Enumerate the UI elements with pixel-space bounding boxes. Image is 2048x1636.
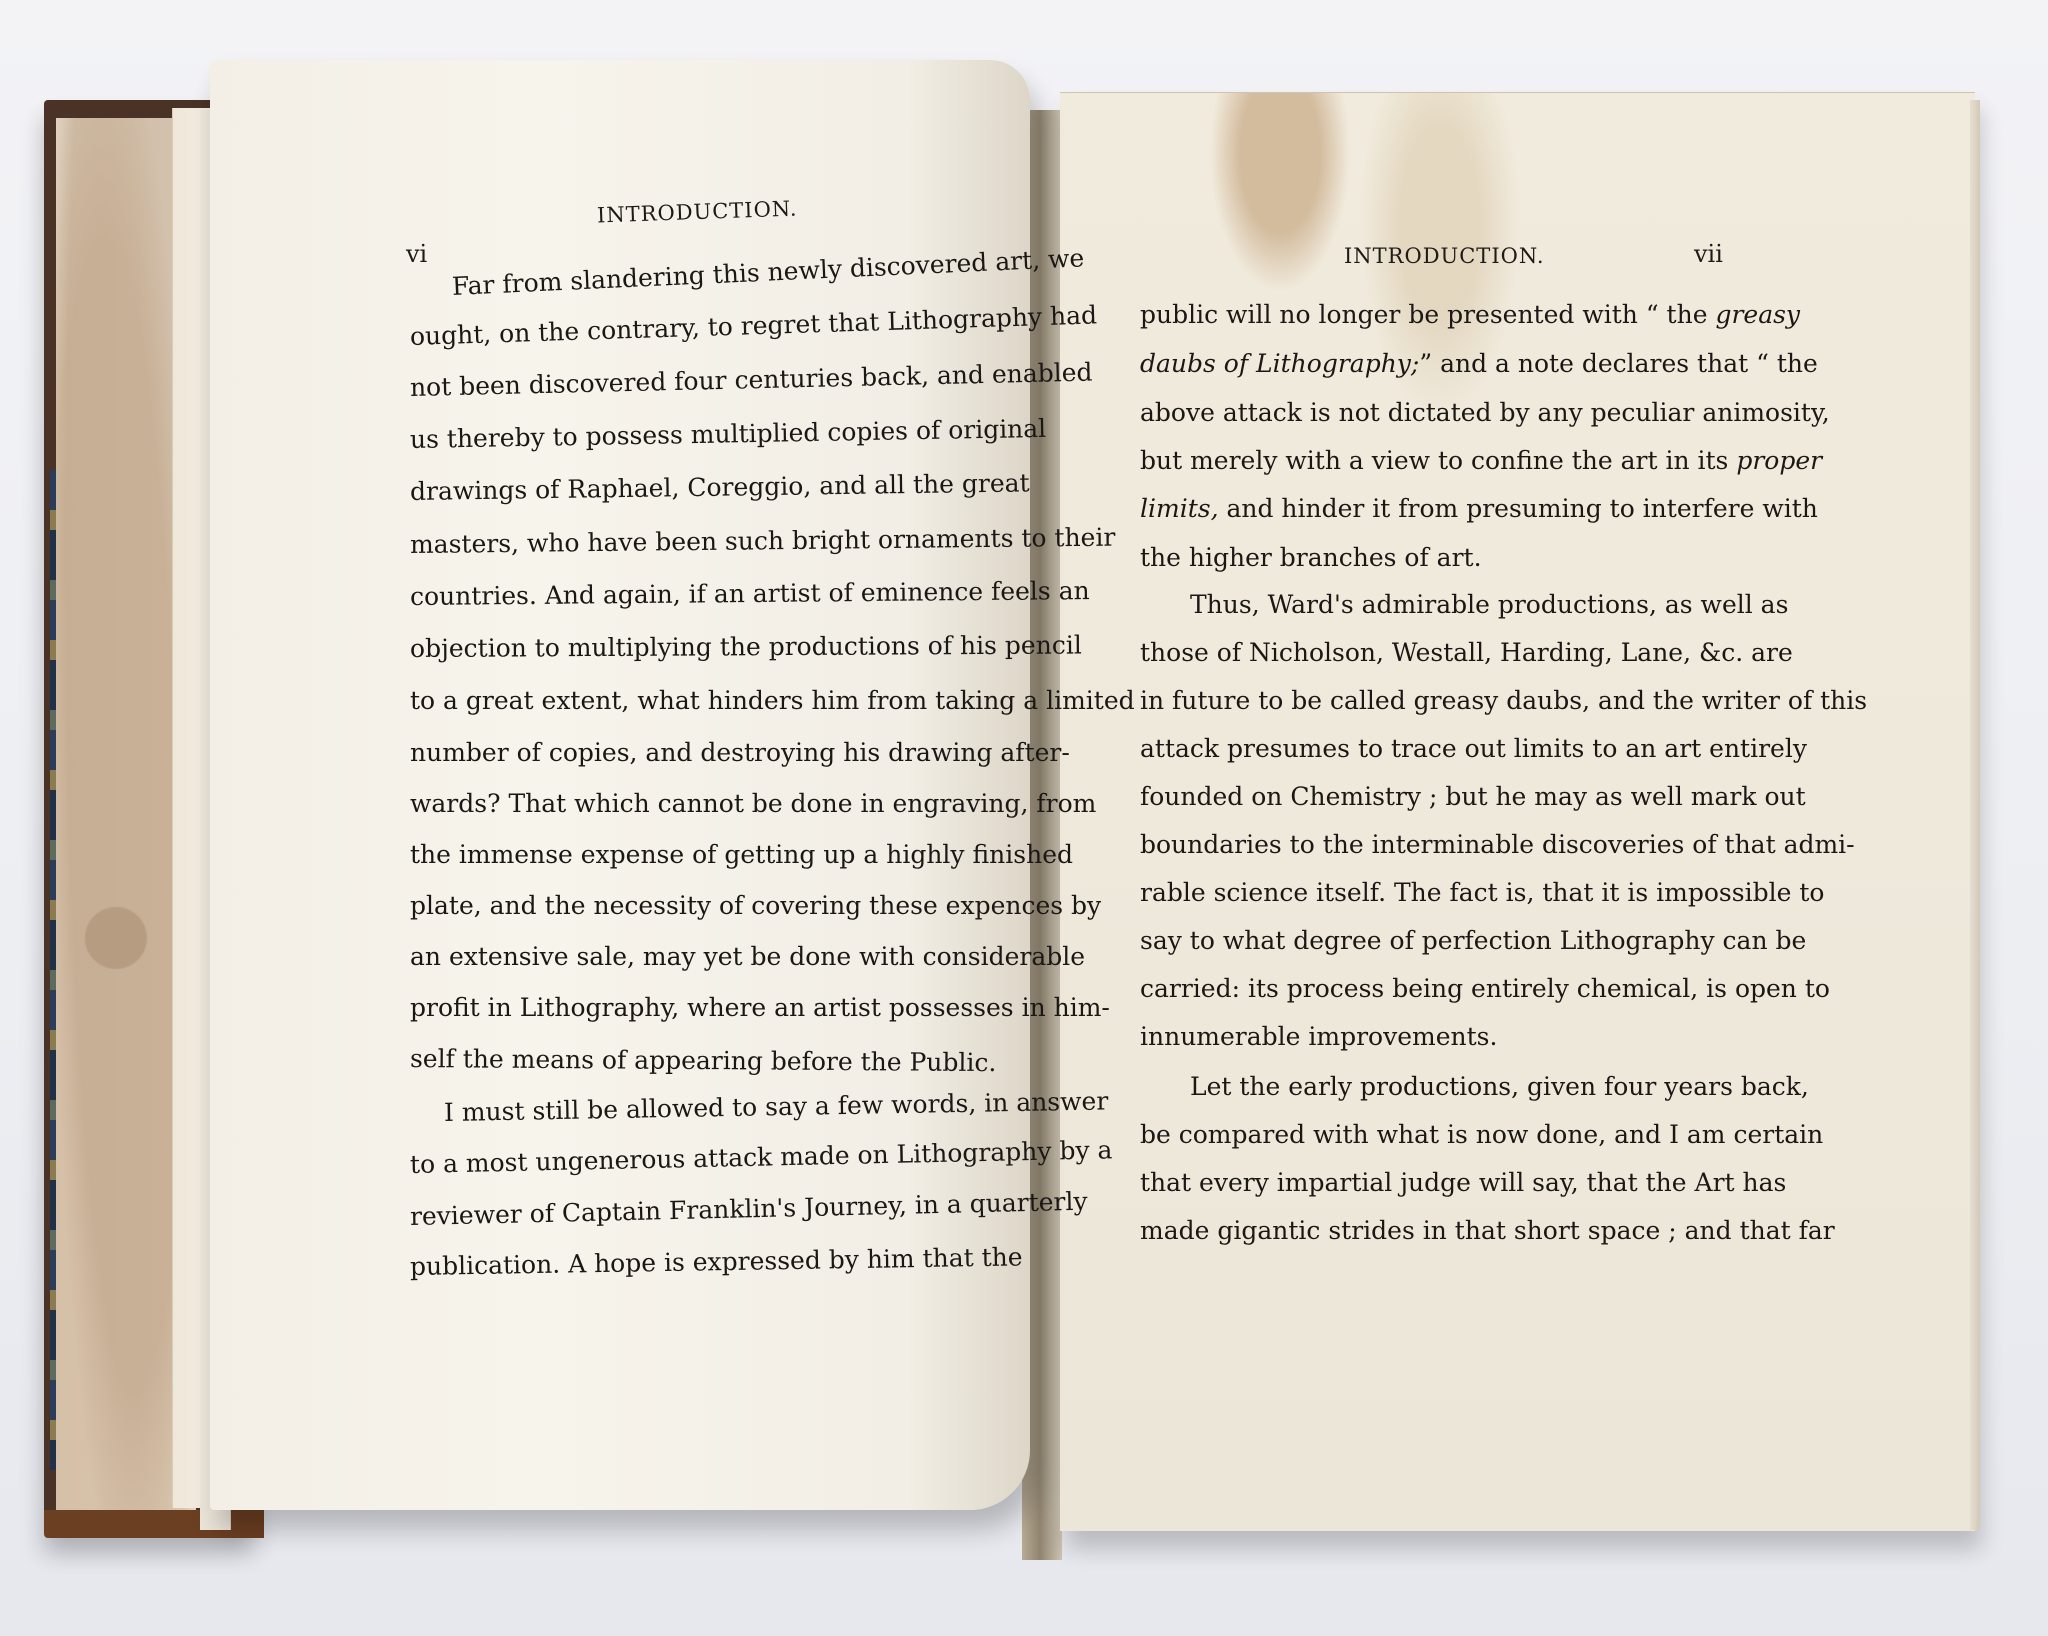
italic-span: daubs of Lithography; xyxy=(1140,349,1419,378)
text-line: objection to multiplying the productions… xyxy=(410,630,1082,663)
text-line: number of copies, and destroying his dra… xyxy=(410,738,1070,767)
text-line: public will no longer be presented with … xyxy=(1140,300,1800,329)
text-line: be compared with what is now done, and I… xyxy=(1140,1120,1823,1149)
italic-span: greasy xyxy=(1715,300,1800,329)
text-line: wards? That which cannot be done in engr… xyxy=(410,789,1096,818)
text-span: ” and a note declares that “ the xyxy=(1419,349,1817,378)
text-line: to a great extent, what hinders him from… xyxy=(410,686,1135,715)
text-line: carried: its process being entirely chem… xyxy=(1140,974,1830,1003)
text-line: that every impartial judge will say, tha… xyxy=(1140,1168,1786,1197)
text-line: in future to be called greasy daubs, and… xyxy=(1140,686,1867,715)
text-line: above attack is not dictated by any pecu… xyxy=(1140,398,1830,427)
text-line: rable science itself. The fact is, that … xyxy=(1140,878,1824,907)
left-folio: vi xyxy=(406,240,427,268)
text-line: Thus, Ward's admirable productions, as w… xyxy=(1190,590,1788,619)
text-line: those of Nicholson, Westall, Harding, La… xyxy=(1140,638,1793,667)
text-span: public will no longer be presented with … xyxy=(1140,300,1715,329)
right-page-edge xyxy=(1970,100,1980,1530)
text-line: made gigantic strides in that short spac… xyxy=(1140,1216,1835,1245)
text-line: the higher branches of art. xyxy=(1140,543,1482,572)
text-line: Let the early productions, given four ye… xyxy=(1190,1072,1809,1101)
text-line: boundaries to the interminable discoveri… xyxy=(1140,830,1855,859)
text-span: but merely with a view to confine the ar… xyxy=(1140,446,1736,475)
text-line: limits, and hinder it from presuming to … xyxy=(1140,494,1818,523)
text-line: countries. And again, if an artist of em… xyxy=(410,576,1090,611)
text-line: plate, and the necessity of covering the… xyxy=(410,891,1101,920)
book-cover-edge xyxy=(44,1510,264,1538)
right-running-head: INTRODUCTION. xyxy=(1344,244,1545,268)
text-line: say to what degree of perfection Lithogr… xyxy=(1140,926,1806,955)
text-line: self the means of appearing before the P… xyxy=(410,1044,997,1077)
italic-span: limits, xyxy=(1140,494,1219,523)
text-line: an extensive sale, may yet be done with … xyxy=(410,942,1085,971)
text-line: but merely with a view to confine the ar… xyxy=(1140,446,1822,475)
italic-span: proper xyxy=(1736,446,1822,475)
text-line: profit in Lithography, where an artist p… xyxy=(410,993,1110,1022)
text-line: the immense expense of getting up a high… xyxy=(410,840,1073,869)
text-line: founded on Chemistry ; but he may as wel… xyxy=(1140,782,1806,811)
right-folio: vii xyxy=(1694,240,1723,268)
text-span: and hinder it from presuming to interfer… xyxy=(1219,494,1818,523)
text-line: innumerable improvements. xyxy=(1140,1022,1497,1051)
text-line: daubs of Lithography;” and a note declar… xyxy=(1140,349,1818,378)
text-line: attack presumes to trace out limits to a… xyxy=(1140,734,1807,763)
